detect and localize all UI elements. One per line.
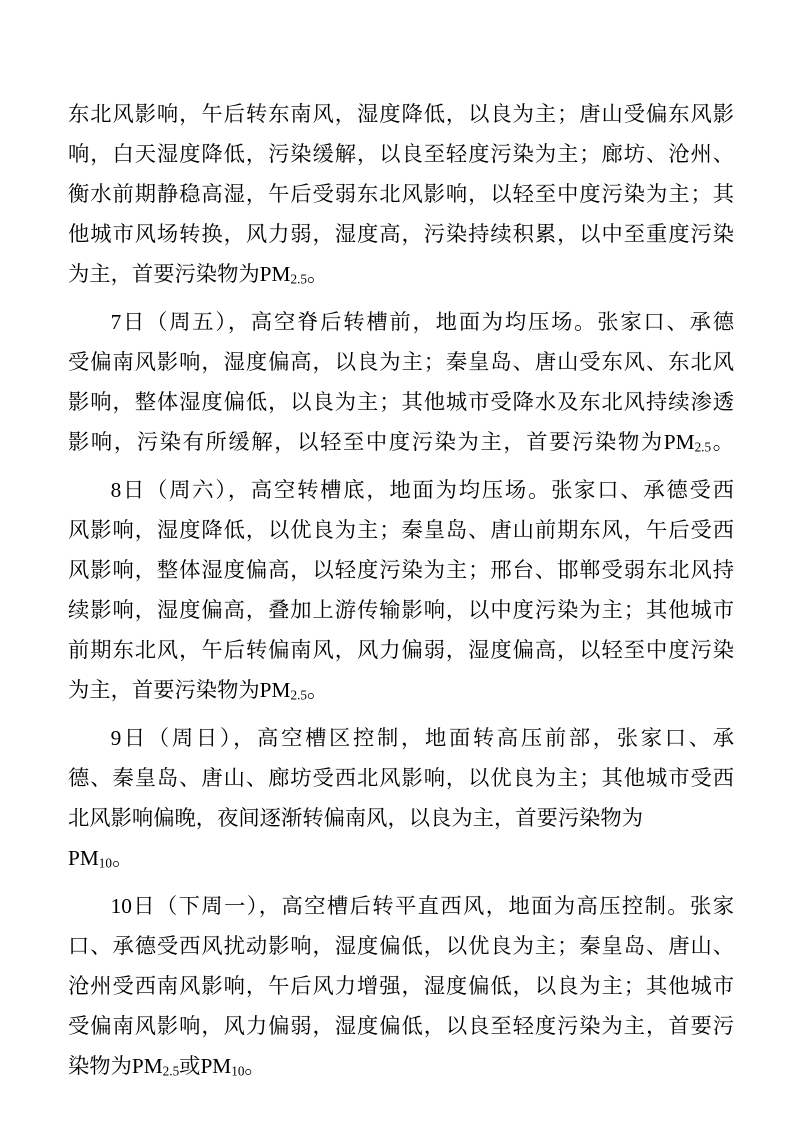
line-text: 续影响，湿度偏高，叠加上游传输影响，以中度污染为主；其他城市 [68,598,734,622]
text-line: 受偏南风影响，风力偏弱，湿度偏低，以良至轻度污染为主，首要污 [68,1006,734,1046]
text-line: 9日（周日），高空槽区控制，地面转高压前部，张家口、承 [68,718,734,758]
line-text: 。 [307,678,328,702]
pm10-subscript: 10 [99,855,112,870]
line-text: 他城市风场转换，风力弱，湿度高，污染持续积累，以中至重度污染 [68,222,734,246]
text-line: 德、秦皇岛、唐山、廊坊受西北风影响，以优良为主；其他城市受西 [68,758,734,798]
line-text: 东北风影响，午后转东南风，湿度降低，以良为主；唐山受偏东风影 [68,102,734,126]
paragraph-day7: 7日（周五），高空脊后转槽前，地面为均压场。张家口、承德 受偏南风影响，湿度偏高… [68,302,734,462]
line-text: 衡水前期静稳高湿，午后受弱东北风影响，以轻至中度污染为主；其 [68,182,734,206]
text-line: 他城市风场转换，风力弱，湿度高，污染持续积累，以中至重度污染 [68,214,734,254]
text-line: PM10。 [68,838,734,878]
text-line: 7日（周五），高空脊后转槽前，地面为均压场。张家口、承德 [68,302,734,342]
line-text: 10日（下周一），高空槽后转平直西风，地面为高压控制。张家 [111,894,734,918]
line-text: 响，白天湿度降低，污染缓解，以良至轻度污染为主；廊坊、沧州、 [68,142,734,166]
text-line: 北风影响偏晚，夜间逐渐转偏南风，以良为主，首要污染物为 [68,798,734,838]
pm25-subscript: 2.5 [695,439,711,454]
document-page: 东北风影响，午后转东南风，湿度降低，以良为主；唐山受偏东风影 响，白天湿度降低，… [0,0,793,1122]
pm10-subscript: 10 [231,1063,244,1078]
line-text: 为主，首要污染物为PM [68,678,290,702]
line-text: 。 [244,1054,265,1078]
paragraph-day8: 8日（周六），高空转槽底，地面为均压场。张家口、承德受西 风影响，湿度降低，以优… [68,470,734,710]
text-line: 风影响，整体湿度偏高，以轻度污染为主；邢台、邯郸受弱东北风持 [68,550,734,590]
line-text: 受偏南风影响，湿度偏高，以良为主；秦皇岛、唐山受东风、东北风 [68,350,734,374]
line-text: 口、承德受西风扰动影响，湿度偏低，以优良为主；秦皇岛、唐山、 [68,934,734,958]
text-line: 受偏南风影响，湿度偏高，以良为主；秦皇岛、唐山受东风、东北风 [68,342,734,382]
line-text: 北风影响偏晚，夜间逐渐转偏南风，以良为主，首要污染物为 [68,806,643,830]
text-line: 响，白天湿度降低，污染缓解，以良至轻度污染为主；廊坊、沧州、 [68,134,734,174]
text-line: 沧州受西南风影响，午后风力增强，湿度偏低，以良为主；其他城市 [68,966,734,1006]
line-text: 风影响，湿度降低，以优良为主；秦皇岛、唐山前期东风，午后受西 [68,518,734,542]
text-line: 前期东北风，午后转偏南风，风力偏弱，湿度偏高，以轻至中度污染 [68,630,734,670]
text-line: 续影响，湿度偏高，叠加上游传输影响，以中度污染为主；其他城市 [68,590,734,630]
line-text: 。 [307,262,328,286]
text-line: 风影响，湿度降低，以优良为主；秦皇岛、唐山前期东风，午后受西 [68,510,734,550]
line-text: 受偏南风影响，风力偏弱，湿度偏低，以良至轻度污染为主，首要污 [68,1014,734,1038]
paragraph-day9: 9日（周日），高空槽区控制，地面转高压前部，张家口、承 德、秦皇岛、唐山、廊坊受… [68,718,734,878]
line-text: PM [68,846,99,870]
line-text: 德、秦皇岛、唐山、廊坊受西北风影响，以优良为主；其他城市受西 [68,766,734,790]
line-text: 前期东北风，午后转偏南风，风力偏弱，湿度偏高，以轻至中度污染 [68,638,734,662]
text-line: 口、承德受西风扰动影响，湿度偏低，以优良为主；秦皇岛、唐山、 [68,926,734,966]
pm25-subscript: 2.5 [290,687,306,702]
line-text: 8日（周六），高空转槽底，地面为均压场。张家口、承德受西 [111,478,734,502]
line-text: 沧州受西南风影响，午后风力增强，湿度偏低，以良为主；其他城市 [68,974,734,998]
text-line: 影响，污染有所缓解，以轻至中度污染为主，首要污染物为PM2.5。 [68,422,734,462]
line-text: 。 [711,430,734,454]
line-text: 为主，首要污染物为PM [68,262,290,286]
text-line: 衡水前期静稳高湿，午后受弱东北风影响，以轻至中度污染为主；其 [68,174,734,214]
line-text: 7日（周五），高空脊后转槽前，地面为均压场。张家口、承德 [111,310,734,334]
line-text: 或PM [179,1054,231,1078]
pm25-subscript: 2.5 [290,271,306,286]
line-text: 影响，污染有所缓解，以轻至中度污染为主，首要污染物为PM [68,430,695,454]
line-text: 风影响，整体湿度偏高，以轻度污染为主；邢台、邯郸受弱东北风持 [68,558,734,582]
line-text: 影响，整体湿度偏低，以良为主；其他城市受降水及东北风持续渗透 [68,390,734,414]
pm25-subscript: 2.5 [163,1063,179,1078]
paragraph-day10: 10日（下周一），高空槽后转平直西风，地面为高压控制。张家 口、承德受西风扰动影… [68,886,734,1086]
text-line: 东北风影响，午后转东南风，湿度降低，以良为主；唐山受偏东风影 [68,94,734,134]
text-line: 10日（下周一），高空槽后转平直西风，地面为高压控制。张家 [68,886,734,926]
text-line: 影响，整体湿度偏低，以良为主；其他城市受降水及东北风持续渗透 [68,382,734,422]
text-line: 8日（周六），高空转槽底，地面为均压场。张家口、承德受西 [68,470,734,510]
document-text-block: 东北风影响，午后转东南风，湿度降低，以良为主；唐山受偏东风影 响，白天湿度降低，… [68,94,734,1086]
line-text: 。 [112,846,133,870]
paragraph-continued: 东北风影响，午后转东南风，湿度降低，以良为主；唐山受偏东风影 响，白天湿度降低，… [68,94,734,294]
text-line: 为主，首要污染物为PM2.5。 [68,670,734,710]
line-text: 9日（周日），高空槽区控制，地面转高压前部，张家口、承 [111,726,734,750]
text-line: 为主，首要污染物为PM2.5。 [68,254,734,294]
line-text: 染物为PM [68,1054,163,1078]
text-line: 染物为PM2.5或PM10。 [68,1046,734,1086]
